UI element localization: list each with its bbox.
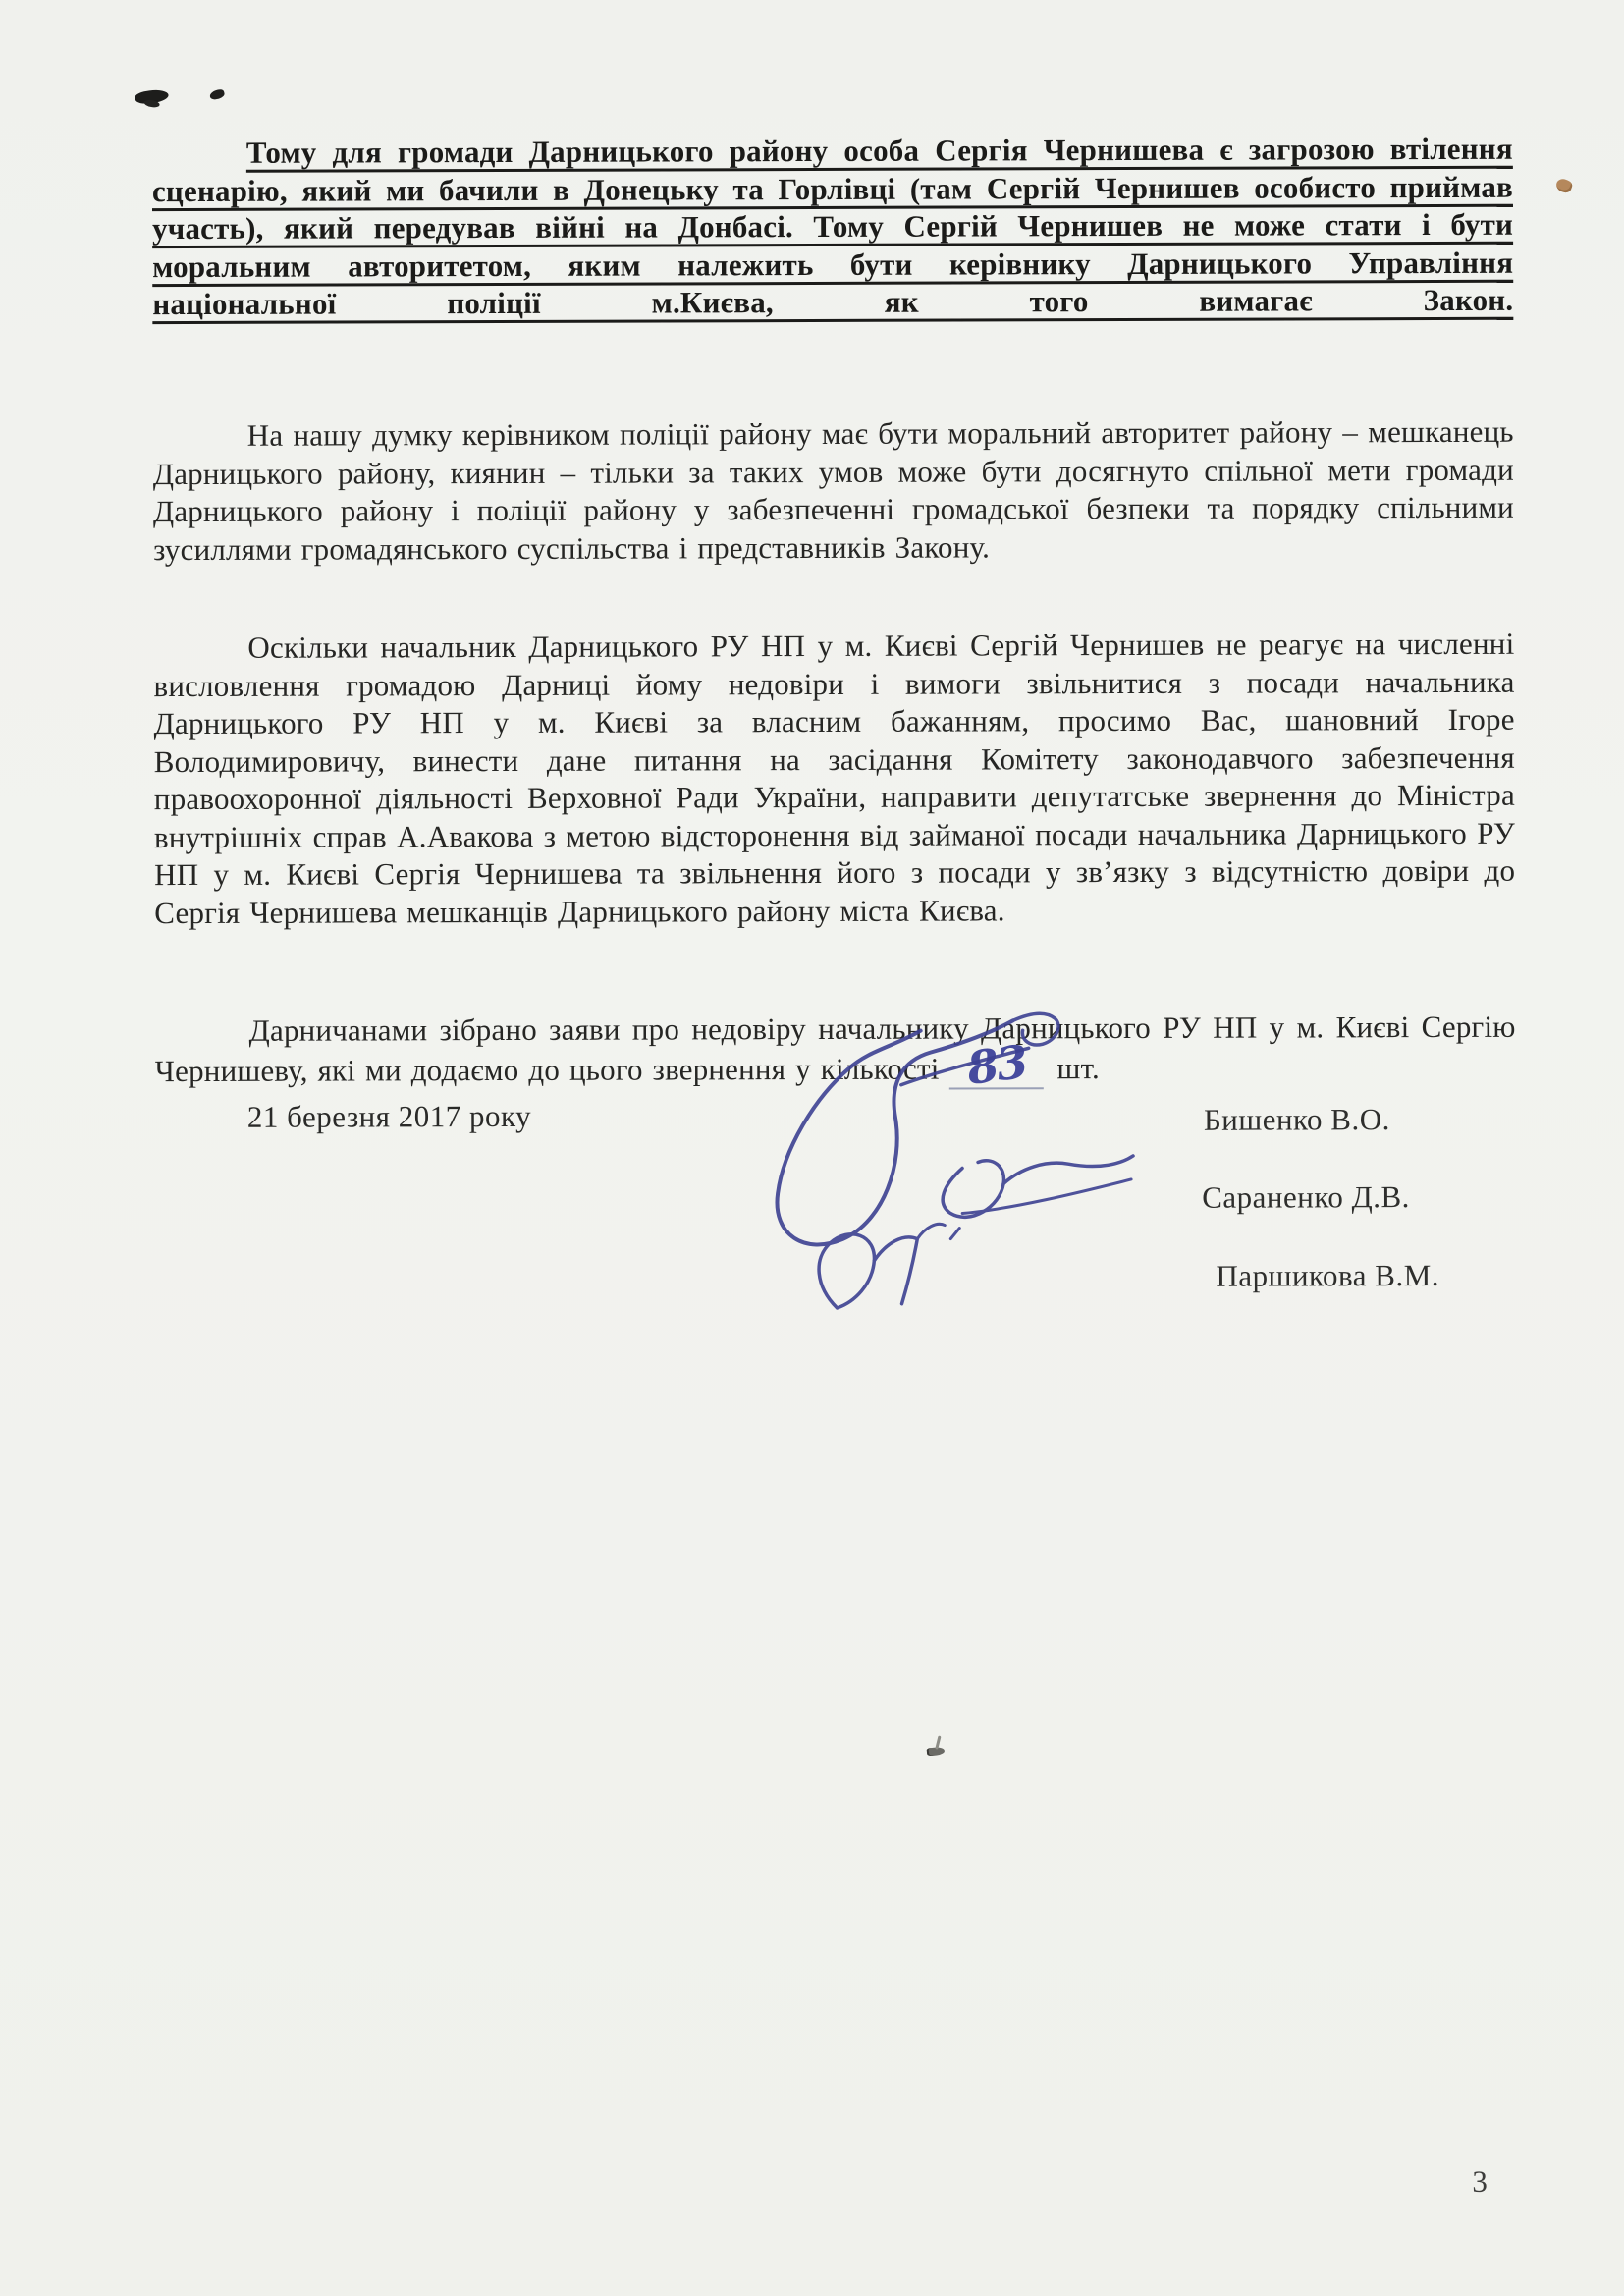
attachments-text-after: шт. (1056, 1051, 1100, 1085)
scan-artifact-stain (1554, 177, 1573, 194)
signatory-name-3: Паршикова В.М. (1216, 1258, 1439, 1294)
scanned-document-page: { "document": { "language": "uk", "parag… (0, 0, 1624, 2296)
signatory-name-2: Сараненко Д.В. (1202, 1179, 1410, 1216)
handwritten-count: 83 (965, 1046, 1027, 1082)
paper-sheet: Тому для громади Дарницького району особ… (0, 0, 1624, 2296)
document-date: 21 березня 2017 року (247, 1099, 531, 1135)
signatory-name-1: Бишенко В.О. (1204, 1102, 1390, 1138)
document-content: Тому для громади Дарницького району особ… (0, 0, 1624, 2296)
paragraph-opinion: На нашу думку керівником поліції району … (153, 413, 1514, 569)
paragraph-threat-statement: Тому для громади Дарницького району особ… (152, 131, 1514, 324)
signature-flourish-3 (819, 1224, 960, 1308)
signature-flourish-2 (943, 1156, 1133, 1217)
paragraph-attachments: Дарничанами зібрано заяви про недовіру н… (155, 1009, 1516, 1092)
scan-artifact-ink-speck (209, 88, 226, 101)
page-number: 3 (1472, 2164, 1488, 2200)
paragraph-request: Оскільки начальник Дарницького РУ НП у м… (153, 626, 1515, 932)
attachments-text-before: Дарничанами зібрано заяви про недовіру н… (155, 1010, 1516, 1088)
handwritten-count-underline: 83 (948, 1048, 1043, 1090)
